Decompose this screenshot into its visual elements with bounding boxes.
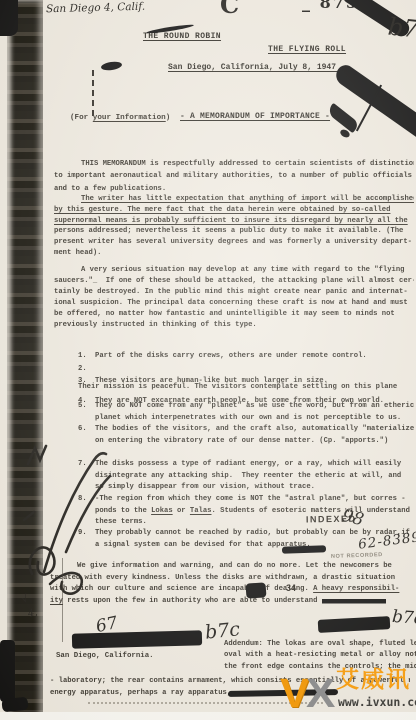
- title-flying-roll: THE FLYING ROLL: [268, 45, 346, 54]
- ex-stamp-smudge: [246, 582, 267, 598]
- not-recorded-stamp: NOT RECORDED: [331, 552, 383, 560]
- redaction-bar-left: [72, 630, 202, 648]
- ink-blob: [101, 61, 123, 72]
- partial-letter-c: C: [220, 0, 239, 19]
- handwritten-b7c-right: b7c: [391, 607, 416, 629]
- paragraph-1: THIS MEMORANDUM is respectfully addresse…: [54, 158, 414, 195]
- for-your-information: (For your Information): [70, 113, 170, 124]
- stamp-digits: 34: [286, 583, 296, 593]
- san-diego-footer: San Diego, California.: [56, 651, 154, 662]
- ink-dash-mark: [92, 70, 94, 116]
- handwritten-signature-scribble: [14, 424, 124, 599]
- watermark-x-logo: X: [306, 676, 335, 713]
- redaction-bar-right: [318, 616, 391, 633]
- paragraph-3: A very serious situation may develop at …: [54, 265, 414, 330]
- paragraph-2: The writer has little expectation that a…: [54, 194, 414, 259]
- watermark: V X 艾威讯 www.ivxun.com: [276, 668, 416, 718]
- list-item-6: 6.The bodies of the visitors, and the cr…: [78, 424, 414, 447]
- corner-address-note: San Diego 4, Calif.: [46, 1, 145, 16]
- margin-rule: [62, 558, 63, 642]
- watermark-brand-text: 艾威讯: [336, 668, 411, 692]
- dateline: San Diego, California, July 8, 1947 -: [168, 63, 346, 72]
- scan-blob-top-left: [0, 0, 18, 36]
- list-item-7: 7.The disks possess a type of radiant en…: [78, 459, 414, 494]
- title-round-robin: THE ROUND ROBIN: [143, 32, 221, 41]
- small-four-mark: 4,: [27, 607, 39, 620]
- memo-title: - A MEMORANDUM OF IMPORTANCE -: [180, 112, 330, 121]
- black-smear-apparatus: [282, 545, 326, 554]
- handwritten-b7-top: b7: [387, 12, 416, 43]
- list-item-3: 3.These visitors are human-like but much…: [78, 369, 414, 388]
- watermark-v-logo: V: [280, 676, 309, 713]
- scanned-memo-page: San Diego 4, Calif. C _ 8751 THE ROUND R…: [0, 0, 416, 720]
- watermark-url: www.ivxun.com: [338, 696, 416, 709]
- scan-blob-bottom-left-2: [1, 697, 28, 713]
- scan-blob-bottom-left: [0, 640, 15, 702]
- list-item-5: 5.They do NOT come from any "planet" as …: [78, 401, 414, 424]
